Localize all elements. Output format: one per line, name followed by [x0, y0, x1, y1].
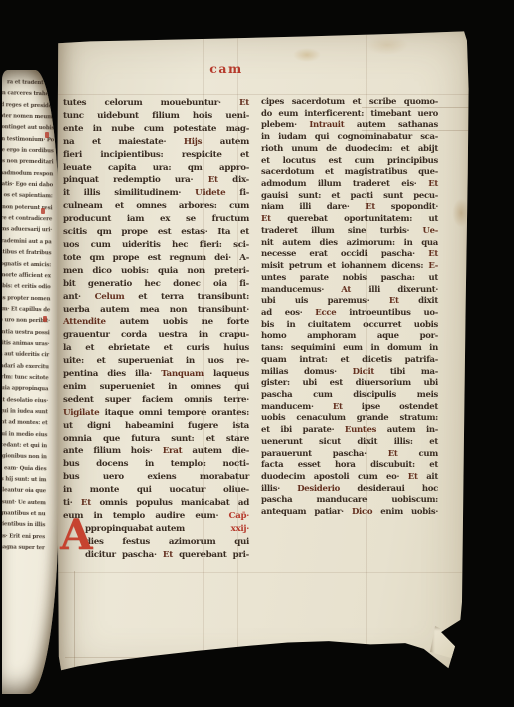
rubric-mark — [43, 316, 47, 322]
facing-page-line: pleantur oia que — [2, 484, 46, 498]
text-line: uos cum uideritis hec fieri: sci- — [63, 239, 249, 252]
text-line: scitis qm prope est estas· Ita et — [63, 226, 249, 239]
red-touched-capital: Et — [428, 249, 438, 259]
facing-page-line: sura magna super ter — [2, 541, 45, 555]
red-touched-capital: Dicit — [353, 367, 374, 377]
ruling-line-horizontal — [57, 94, 469, 95]
text-line: manducemus· At illi dixerunt· — [261, 285, 438, 297]
text-line: nit autem dies azimorum: in qua — [261, 238, 438, 250]
red-touched-capital: Et — [81, 498, 91, 508]
rubric-mark — [41, 208, 45, 214]
facing-page-line: In patientia uestra possi — [2, 325, 50, 339]
facing-page-line: uobis: et eritis odio — [2, 280, 51, 294]
red-touched-capital: Et — [261, 214, 271, 224]
facing-page-line: et morte afficient ex — [2, 269, 51, 283]
text-line: homo amphoram aque por- — [261, 331, 438, 343]
text-line: Et querebat oportunitatem: ut — [261, 214, 438, 226]
text-line: tans: sequimini eum in domum in — [261, 343, 438, 355]
text-line: manducem· Et ipse ostendet — [261, 402, 438, 414]
text-line: enim superueniet in omnes qui — [63, 381, 249, 394]
text-line: rioth unum de duodecim: et abijt — [261, 144, 438, 156]
red-touched-capital: Et — [333, 402, 343, 412]
facing-page-line: ra et tradent uos — [2, 76, 55, 90]
red-touched-capital: Attendite — [63, 317, 106, 327]
facing-page-line: ad reges et presides — [2, 98, 55, 112]
text-line: it illis similitudinem· Uidete fi- — [63, 187, 249, 200]
text-line: pentina dies illa· Tanquam laqueus — [63, 368, 249, 381]
facing-page-line: uobis os et sapientiam: — [2, 189, 53, 203]
red-touched-capital: Euntes — [345, 425, 376, 435]
text-line: omnia que futura sunt: et stare — [63, 433, 249, 446]
folded-corner — [430, 626, 466, 662]
text-line: fieri incipientibus: respicite et — [63, 149, 249, 162]
text-line: gauisi sunt: et pacti sunt pecu- — [261, 191, 438, 203]
text-line: duodecim apostoli cum eo· Et ait — [261, 472, 438, 484]
text-line: grauentur corda uestra in crapu- — [63, 329, 249, 342]
text-line: ubi uis paremus· Et dixit — [261, 296, 438, 308]
ruling-line-horizontal — [65, 657, 225, 658]
facing-page-line: pregnantibus et nu — [2, 507, 46, 521]
facing-page-line: ultionis hij sunt: ut im — [2, 473, 46, 487]
text-line: ante filium hois· Erat autem die- — [63, 445, 249, 458]
red-touched-capital: Et — [365, 202, 375, 212]
facing-page-line: nite ergo in cordibus — [2, 144, 54, 158]
facing-page-line: oibus propter nomen — [2, 291, 50, 305]
text-line: admodum illum traderet eis· Et — [261, 179, 438, 191]
text-line: illis· Desiderio desideraui hoc — [261, 484, 438, 496]
text-line: et locutus est cum principibus — [261, 156, 438, 168]
text-line: men dico uobis: quia non preteri- — [63, 265, 249, 278]
facing-page-line: quemadmodum respon — [2, 166, 53, 180]
rubric-text: Cap̄· — [229, 511, 249, 521]
rubric-text: xxij· — [231, 523, 249, 536]
facing-page-line: uris non premeditari — [2, 155, 54, 169]
red-touched-capital: Hijs — [184, 137, 202, 147]
red-touched-capital: Et — [388, 449, 398, 459]
facing-page-line: cumdari ab exercitu — [2, 359, 49, 373]
red-touched-capital: Uigilate — [63, 408, 99, 418]
facing-page-edge: ra et tradent uosin carceres trahentad r… — [2, 70, 59, 694]
facing-page-text-fragments: ra et tradent uosin carceres trahentad r… — [2, 76, 55, 555]
text-line: tunc uidebunt filium hois ueni- — [63, 110, 249, 123]
facing-page-line: in carceres trahent — [2, 87, 55, 101]
text-line: culneam et omnes arbores: cum — [63, 200, 249, 213]
text-line: ut digni habeamini fugere ista — [63, 420, 249, 433]
facing-page-line: qui in medio eius — [2, 427, 47, 441]
red-touched-capital: Uidete — [195, 188, 225, 198]
text-line: misit petrum et iohannem dicens: E- — [261, 261, 438, 273]
text-line: uobis cenaculum grande stratum: — [261, 413, 438, 425]
facing-page-line: fugiant ad montes: et — [2, 416, 48, 430]
text-line: la et ebrietate et curis huius — [63, 342, 249, 355]
text-line: et ibi parate· Euntes autem in- — [261, 425, 438, 437]
text-line: pascha manducare uobiscum: — [261, 495, 438, 507]
facing-page-line: Trademini aut a pa — [2, 234, 52, 248]
facing-page-line: meum· Et capillus de — [2, 303, 50, 317]
text-line: ti· Et omnis populus manicabat ad — [63, 497, 249, 510]
text-line: Uigilate itaque omni tempore orantes: — [63, 407, 249, 420]
facing-page-line: diebus· Erit eni pres — [2, 529, 45, 543]
text-line: niam illi dare· Et spopondit· — [261, 202, 438, 214]
red-touched-capital: Desiderio — [297, 484, 340, 494]
facing-page-line: Tunc qui in iudea sunt — [2, 405, 48, 419]
text-line: antequam patiar· Dico enim uobis· — [261, 507, 438, 519]
ruling-line-vertical — [74, 571, 75, 671]
red-touched-capital: Ecce — [315, 308, 336, 318]
right-text-column: cipes sacerdotum et scribe quomo-do eum … — [261, 97, 438, 519]
red-touched-capital: E- — [428, 261, 438, 271]
text-line: in iudam qui cognominabatur sca- — [261, 132, 438, 144]
text-line: milias domus· Dicit tibi ma- — [261, 367, 438, 379]
rubric-mark — [45, 132, 49, 138]
text-line: sedent super faciem omnis terre· — [63, 394, 249, 407]
text-line: untes parate nobis pascha: ut — [261, 273, 438, 285]
red-touched-capital: Erat — [163, 446, 183, 456]
text-line: bus docens in templo: nocti- — [63, 458, 249, 471]
red-touched-capital: Et — [163, 550, 173, 560]
text-line: tote qm prope est regnum dei· A- — [63, 252, 249, 265]
facing-page-line: bit desolatio eius· — [2, 393, 48, 407]
text-line: bus uero exiens morabatur — [63, 471, 249, 484]
text-line: plebem· Intrauit autem sathanas — [261, 120, 438, 132]
facing-page-line: rentibus et fratribus — [2, 246, 52, 260]
text-line: in monte qui uocatur oliue- — [63, 484, 249, 497]
text-line: Attendite autem uobis ne forte — [63, 316, 249, 329]
text-line: bit generatio hec donec oia fi- — [63, 278, 249, 291]
text-line: bis in ciuitatem occurret uobis — [261, 320, 438, 332]
red-touched-capital: Tanquam — [161, 369, 204, 379]
text-line: ad eos· Ecce introeuntibus uo- — [261, 308, 438, 320]
text-line: producunt iam ex se fructum — [63, 213, 249, 226]
text-line: parauerunt pascha· Et cum — [261, 449, 438, 461]
facing-page-line: propter nomen meum: — [2, 110, 55, 124]
text-line: na et maiestate· Hijs autem — [63, 136, 249, 149]
text-line: traderet illum sine turbis· Ue- — [261, 226, 438, 238]
text-line: pascha cum discipulis meis — [261, 390, 438, 402]
red-touched-capital: Celum — [95, 292, 125, 302]
facing-page-line: oms aduersarij uri· — [2, 223, 52, 237]
red-touched-capital: Et — [389, 296, 399, 306]
text-line: leuate capita ura: qm appro- — [63, 162, 249, 175]
text-line: sacerdotum et magistratibus que- — [261, 167, 438, 179]
facing-page-line: deatis· Ego eni dabo — [2, 178, 53, 192]
text-line: gister: ubi est diuersorium ubi — [261, 378, 438, 390]
text-line: ant· Celum et terra transibunt: — [63, 291, 249, 304]
text-line: facta esset hora discubuit: et — [261, 460, 438, 472]
red-touched-capital: Et — [239, 98, 249, 108]
text-line: uerba autem mea non transibunt· — [63, 304, 249, 317]
red-touched-capital: At — [341, 285, 351, 295]
facing-page-line: regionibus non in — [2, 450, 47, 464]
facing-page-line: trientibus in illis — [2, 518, 45, 532]
red-touched-capital: Dico — [352, 507, 372, 517]
chapter-initial: A — [60, 518, 93, 552]
facing-page-line: scripta sunt· Ue autem — [2, 495, 46, 509]
text-line: do eum interficerent: timebant uero — [261, 109, 438, 121]
red-touched-capital: Ue- — [423, 226, 438, 236]
left-text-column: tutes celorum mouebuntur· Ettunc uidebun… — [63, 97, 249, 562]
red-touched-capital: Intrauit — [309, 120, 344, 130]
text-line: pinquat redemptio ura· Et dix- — [63, 174, 249, 187]
red-touched-capital: Et — [408, 472, 418, 482]
facing-page-line: trent in eam· Quia dies — [2, 461, 47, 475]
red-touched-capital: Et — [208, 175, 218, 185]
facing-page-line: Cum aut uideritis cir — [2, 348, 49, 362]
text-line: quam intrat: et dicetis patrifa- — [261, 355, 438, 367]
text-line: uenerunt sicut dixit illis: et — [261, 437, 438, 449]
text-line: uite: et superueniat in uos re- — [63, 355, 249, 368]
facing-page-line: cognatis et amicis: — [2, 257, 51, 271]
facing-page-line: ihrlm: tunc scitote — [2, 371, 49, 385]
facing-page-line: debitis animas uras· — [2, 337, 49, 351]
ruling-line-horizontal — [57, 572, 469, 573]
manuscript-photo: ra et tradent uosin carceres trahentad r… — [0, 0, 514, 707]
text-line: necesse erat occidi pascha· Et — [261, 249, 438, 261]
text-line: cipes sacerdotum et scribe quomo- — [261, 97, 438, 109]
manuscript-page: cam tutes celorum mouebuntur· Ettunc uid… — [57, 31, 469, 676]
red-touched-capital: Et — [428, 179, 438, 189]
facing-page-line: stere et contradicere — [2, 212, 52, 226]
facing-page-line: discedant: et qui in — [2, 439, 47, 453]
text-line: tutes celorum mouebuntur· Et — [63, 97, 249, 110]
facing-page-line: quia appropinqua — [2, 382, 48, 396]
text-line: ente in nube cum potestate mag- — [63, 123, 249, 136]
running-title: cam — [197, 61, 255, 76]
